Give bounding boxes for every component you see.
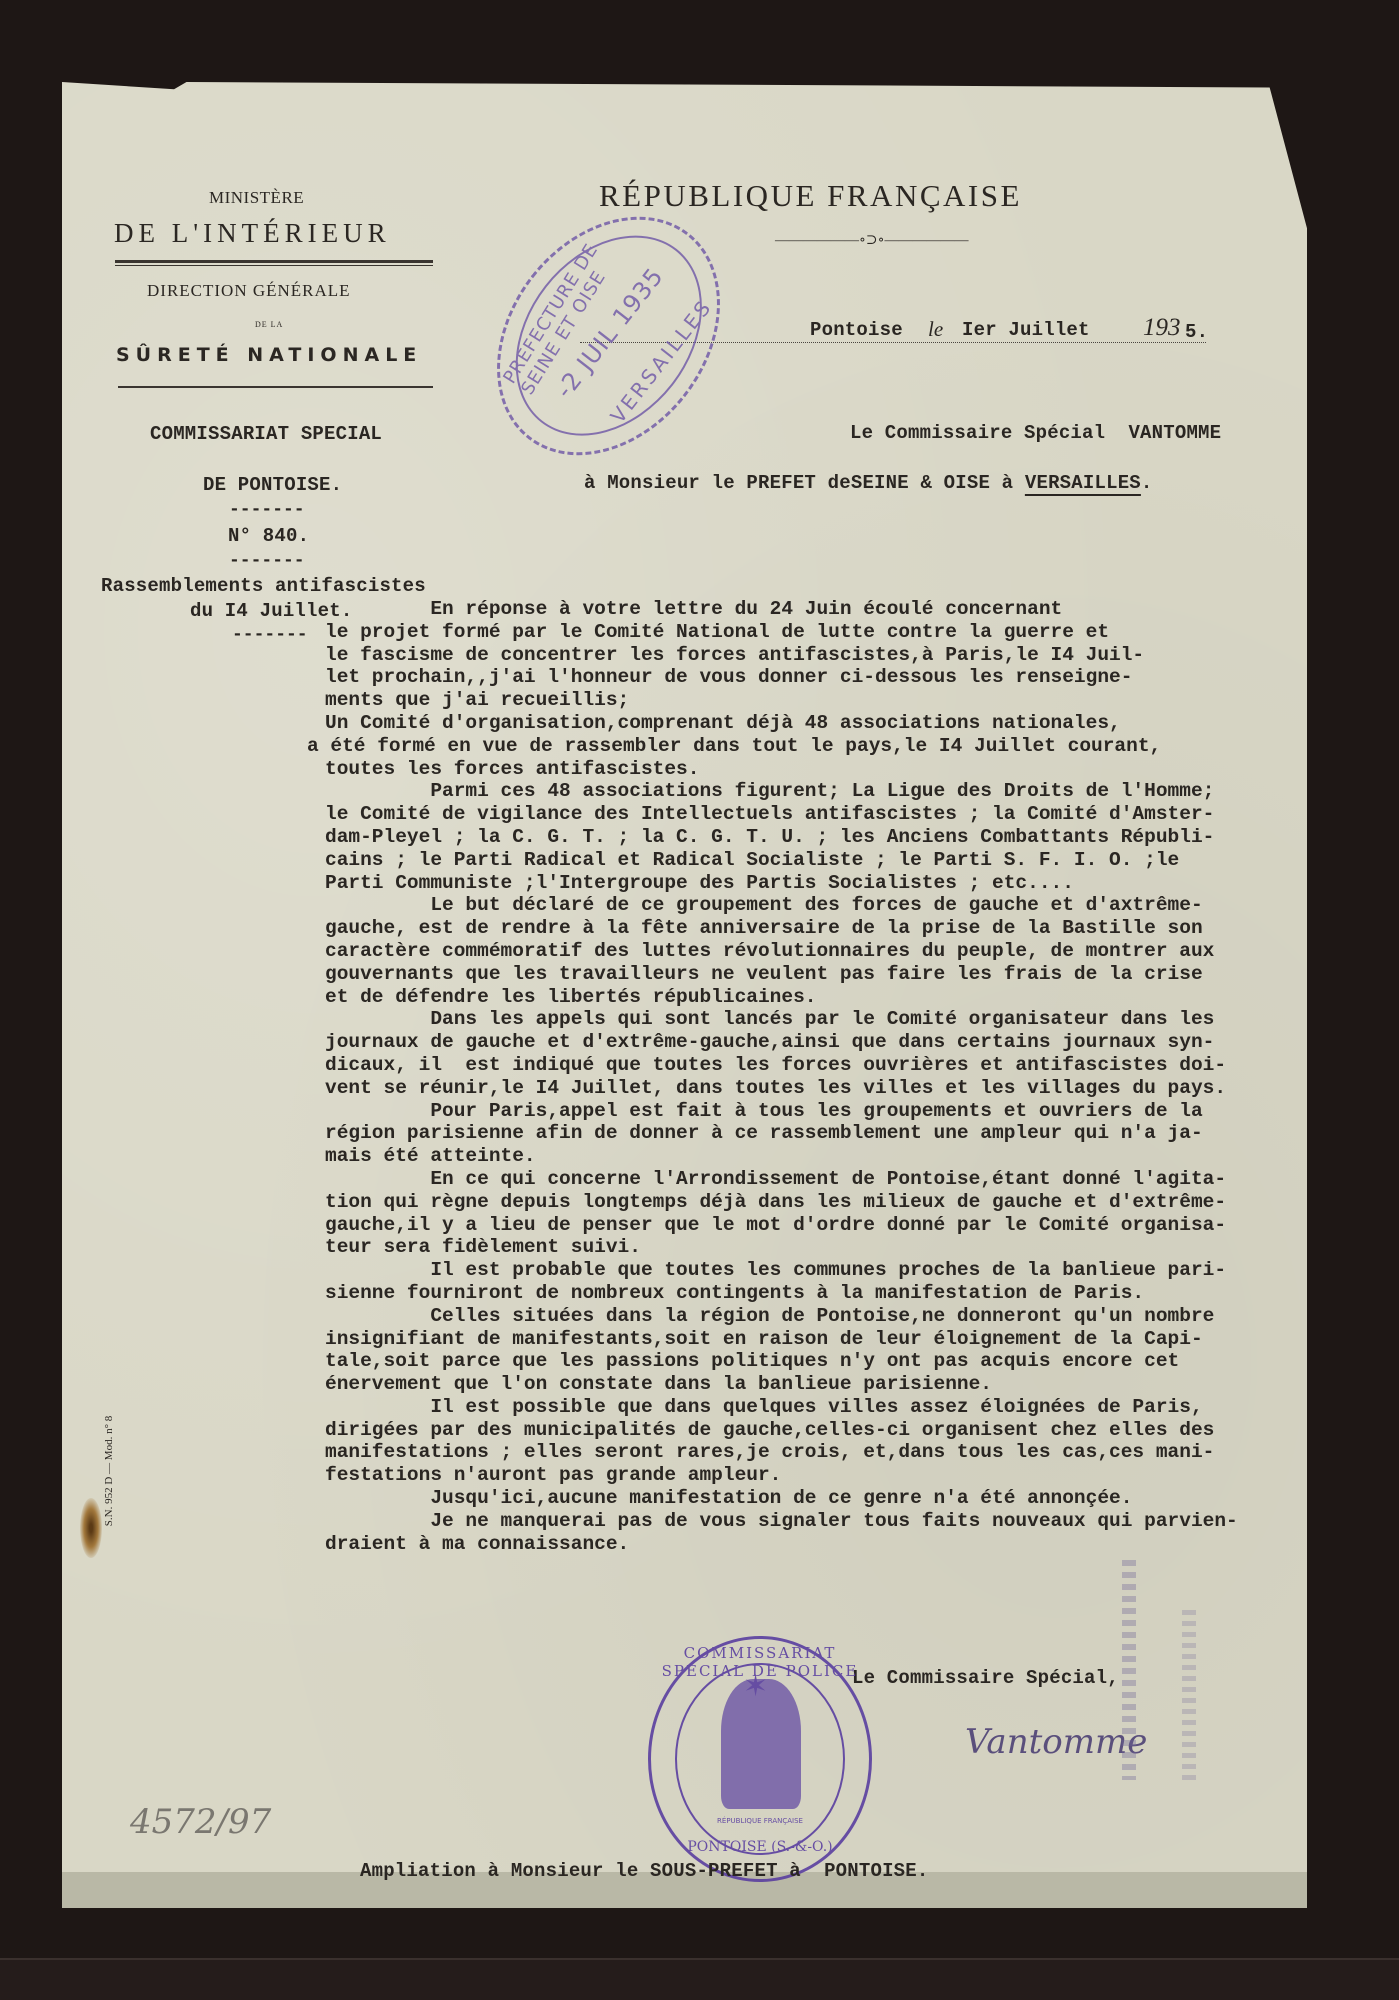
body-line: a été formé en vue de rassembler dans to… bbox=[307, 735, 1325, 758]
letterhead-double-rule bbox=[115, 260, 433, 266]
seal-bottom-text: PONTOISE (S.-&-O.) bbox=[651, 1839, 869, 1855]
body-line: Il est possible que dans quelques villes… bbox=[325, 1396, 1325, 1419]
recipient-prefix: à Monsieur le PREFET deSEINE & OISE à bbox=[584, 472, 1025, 494]
body-line: Pour Paris,appel est fait à tous les gro… bbox=[325, 1100, 1325, 1123]
body-line: En réponse à votre lettre du 24 Juin éco… bbox=[325, 598, 1325, 621]
body-line: insignifiant de manifestants,soit en rai… bbox=[325, 1328, 1325, 1351]
de-la-label: DE LA bbox=[255, 320, 283, 329]
archive-note: 4572/97 bbox=[130, 1802, 271, 1842]
body-line: vent se réunir,le I4 Juillet, dans toute… bbox=[325, 1077, 1325, 1100]
body-line: tale,soit parce que les passions politiq… bbox=[325, 1350, 1325, 1373]
body-line: Parti Communiste ;l'Intergroupe des Part… bbox=[325, 872, 1325, 895]
body-line: Jusqu'ici,aucune manifestation de ce gen… bbox=[325, 1487, 1325, 1510]
body-line: ments que j'ai recueillis; bbox=[325, 689, 1325, 712]
recipient-city: VERSAILLES bbox=[1025, 472, 1141, 494]
reference-number: N° 840. bbox=[228, 525, 309, 547]
body-line: teur sera fidèlement suivi. bbox=[325, 1236, 1325, 1259]
dateline-le: le bbox=[928, 317, 943, 342]
body-line: Un Comité d'organisation,comprenant déjà… bbox=[325, 712, 1325, 735]
office-name: COMMISSARIAT SPECIAL bbox=[150, 423, 382, 445]
ministry-name: DE L'INTÉRIEUR bbox=[114, 218, 391, 249]
body-line: dam-Pleyel ; la C. G. T. ; la C. G. T. U… bbox=[325, 826, 1325, 849]
dateline-date: Ier Juillet bbox=[962, 319, 1090, 341]
letter-body: En réponse à votre lettre du 24 Juin éco… bbox=[325, 598, 1325, 1555]
separator: ------- bbox=[229, 500, 305, 520]
letterhead-rule bbox=[118, 386, 433, 388]
commissariat-seal-stamp: COMMISSARIAT SPÉCIAL DE POLICE ✶ RÉPUBLI… bbox=[648, 1636, 872, 1882]
body-line: dirigées par des municipalités de gauche… bbox=[325, 1419, 1325, 1442]
body-line: énervement que l'on constate dans la ban… bbox=[325, 1373, 1325, 1396]
separator: ------- bbox=[229, 551, 305, 571]
dateline-year-printed: 193 bbox=[1143, 314, 1181, 342]
body-line: région parisienne afin de donner à ce ra… bbox=[325, 1122, 1325, 1145]
body-line: et de défendre les libertés républicaine… bbox=[325, 986, 1325, 1009]
body-line: Je ne manquerai pas de vous signaler tou… bbox=[325, 1510, 1325, 1533]
body-line: manifestations ; elles seront rares,je c… bbox=[325, 1441, 1325, 1464]
closing-title: Le Commissaire Spécial, bbox=[852, 1667, 1119, 1689]
body-line: gauche,il y a lieu de penser que le mot … bbox=[325, 1214, 1325, 1237]
body-line: dicaux, il est indiqué que toutes les fo… bbox=[325, 1054, 1325, 1077]
body-line: Il est probable que toutes les communes … bbox=[325, 1259, 1325, 1282]
body-line: Parmi ces 48 associations figurent; La L… bbox=[325, 780, 1325, 803]
seal-inner-text: RÉPUBLIQUE FRANÇAISE bbox=[651, 1817, 869, 1825]
body-line: Celles situées dans la région de Pontois… bbox=[325, 1305, 1325, 1328]
ornament-rule: ——————∘⊃∘—————— bbox=[775, 232, 968, 249]
separator: ------- bbox=[232, 625, 308, 645]
ampliation-line: Ampliation à Monsieur le SOUS-PREFET à P… bbox=[360, 1860, 929, 1882]
star-crown-icon: ✶ bbox=[743, 1669, 768, 1704]
body-line: caractère commémoratif des luttes révolu… bbox=[325, 940, 1325, 963]
body-line: le Comité de vigilance des Intellectuels… bbox=[325, 803, 1325, 826]
rust-stain bbox=[80, 1498, 102, 1558]
body-line: mais été atteinte. bbox=[325, 1145, 1325, 1168]
office-city: DE PONTOISE. bbox=[203, 474, 342, 496]
direction-label: DIRECTION GÉNÉRALE bbox=[147, 281, 351, 301]
body-line: Dans les appels qui sont lancés par le C… bbox=[325, 1008, 1325, 1031]
republic-title: RÉPUBLIQUE FRANÇAISE bbox=[599, 178, 1022, 214]
body-line: le projet formé par le Comité National d… bbox=[325, 621, 1325, 644]
sender-line: Le Commissaire Spécial VANTOMME bbox=[850, 422, 1221, 444]
surete-nationale-label: SÛRETÉ NATIONALE bbox=[116, 344, 422, 366]
body-line: toutes les forces antifascistes. bbox=[325, 758, 1325, 781]
dateline-place: Pontoise bbox=[810, 319, 903, 341]
recipient-line: à Monsieur le PREFET deSEINE & OISE à VE… bbox=[584, 472, 1153, 494]
body-line: tion qui règne depuis longtemps déjà dan… bbox=[325, 1191, 1325, 1214]
scanner-bottom-edge bbox=[0, 1958, 1399, 2000]
subject-line-1: Rassemblements antifascistes bbox=[101, 575, 426, 597]
body-line: gauche, est de rendre à la fête annivers… bbox=[325, 917, 1325, 940]
body-line: draient à ma connaissance. bbox=[325, 1533, 1325, 1556]
body-line: cains ; le Parti Radical et Radical Soci… bbox=[325, 849, 1325, 872]
body-line: let prochain,,j'ai l'honneur de vous don… bbox=[325, 666, 1325, 689]
body-line: journaux de gauche et d'extrême-gauche,a… bbox=[325, 1031, 1325, 1054]
body-line: En ce qui concerne l'Arrondissement de P… bbox=[325, 1168, 1325, 1191]
form-reference: S.N. 952 D — Mod. n° 8 bbox=[103, 1386, 115, 1556]
ministry-label: MINISTÈRE bbox=[209, 188, 304, 208]
faint-stamp-bleed bbox=[1122, 1560, 1136, 1780]
body-line: gouvernants que les travailleurs ne veul… bbox=[325, 963, 1325, 986]
faint-stamp-bleed bbox=[1182, 1610, 1196, 1780]
body-line: festations n'auront pas grande ampleur. bbox=[325, 1464, 1325, 1487]
recipient-suffix: . bbox=[1141, 472, 1153, 494]
body-line: Le but déclaré de ce groupement des forc… bbox=[325, 894, 1325, 917]
dateline-year-typed: 5. bbox=[1185, 321, 1208, 343]
body-line: sienne fourniront de nombreux contingent… bbox=[325, 1282, 1325, 1305]
handwritten-signature: Vantomme bbox=[965, 1722, 1147, 1762]
body-line: le fascisme de concentrer les forces ant… bbox=[325, 644, 1325, 667]
